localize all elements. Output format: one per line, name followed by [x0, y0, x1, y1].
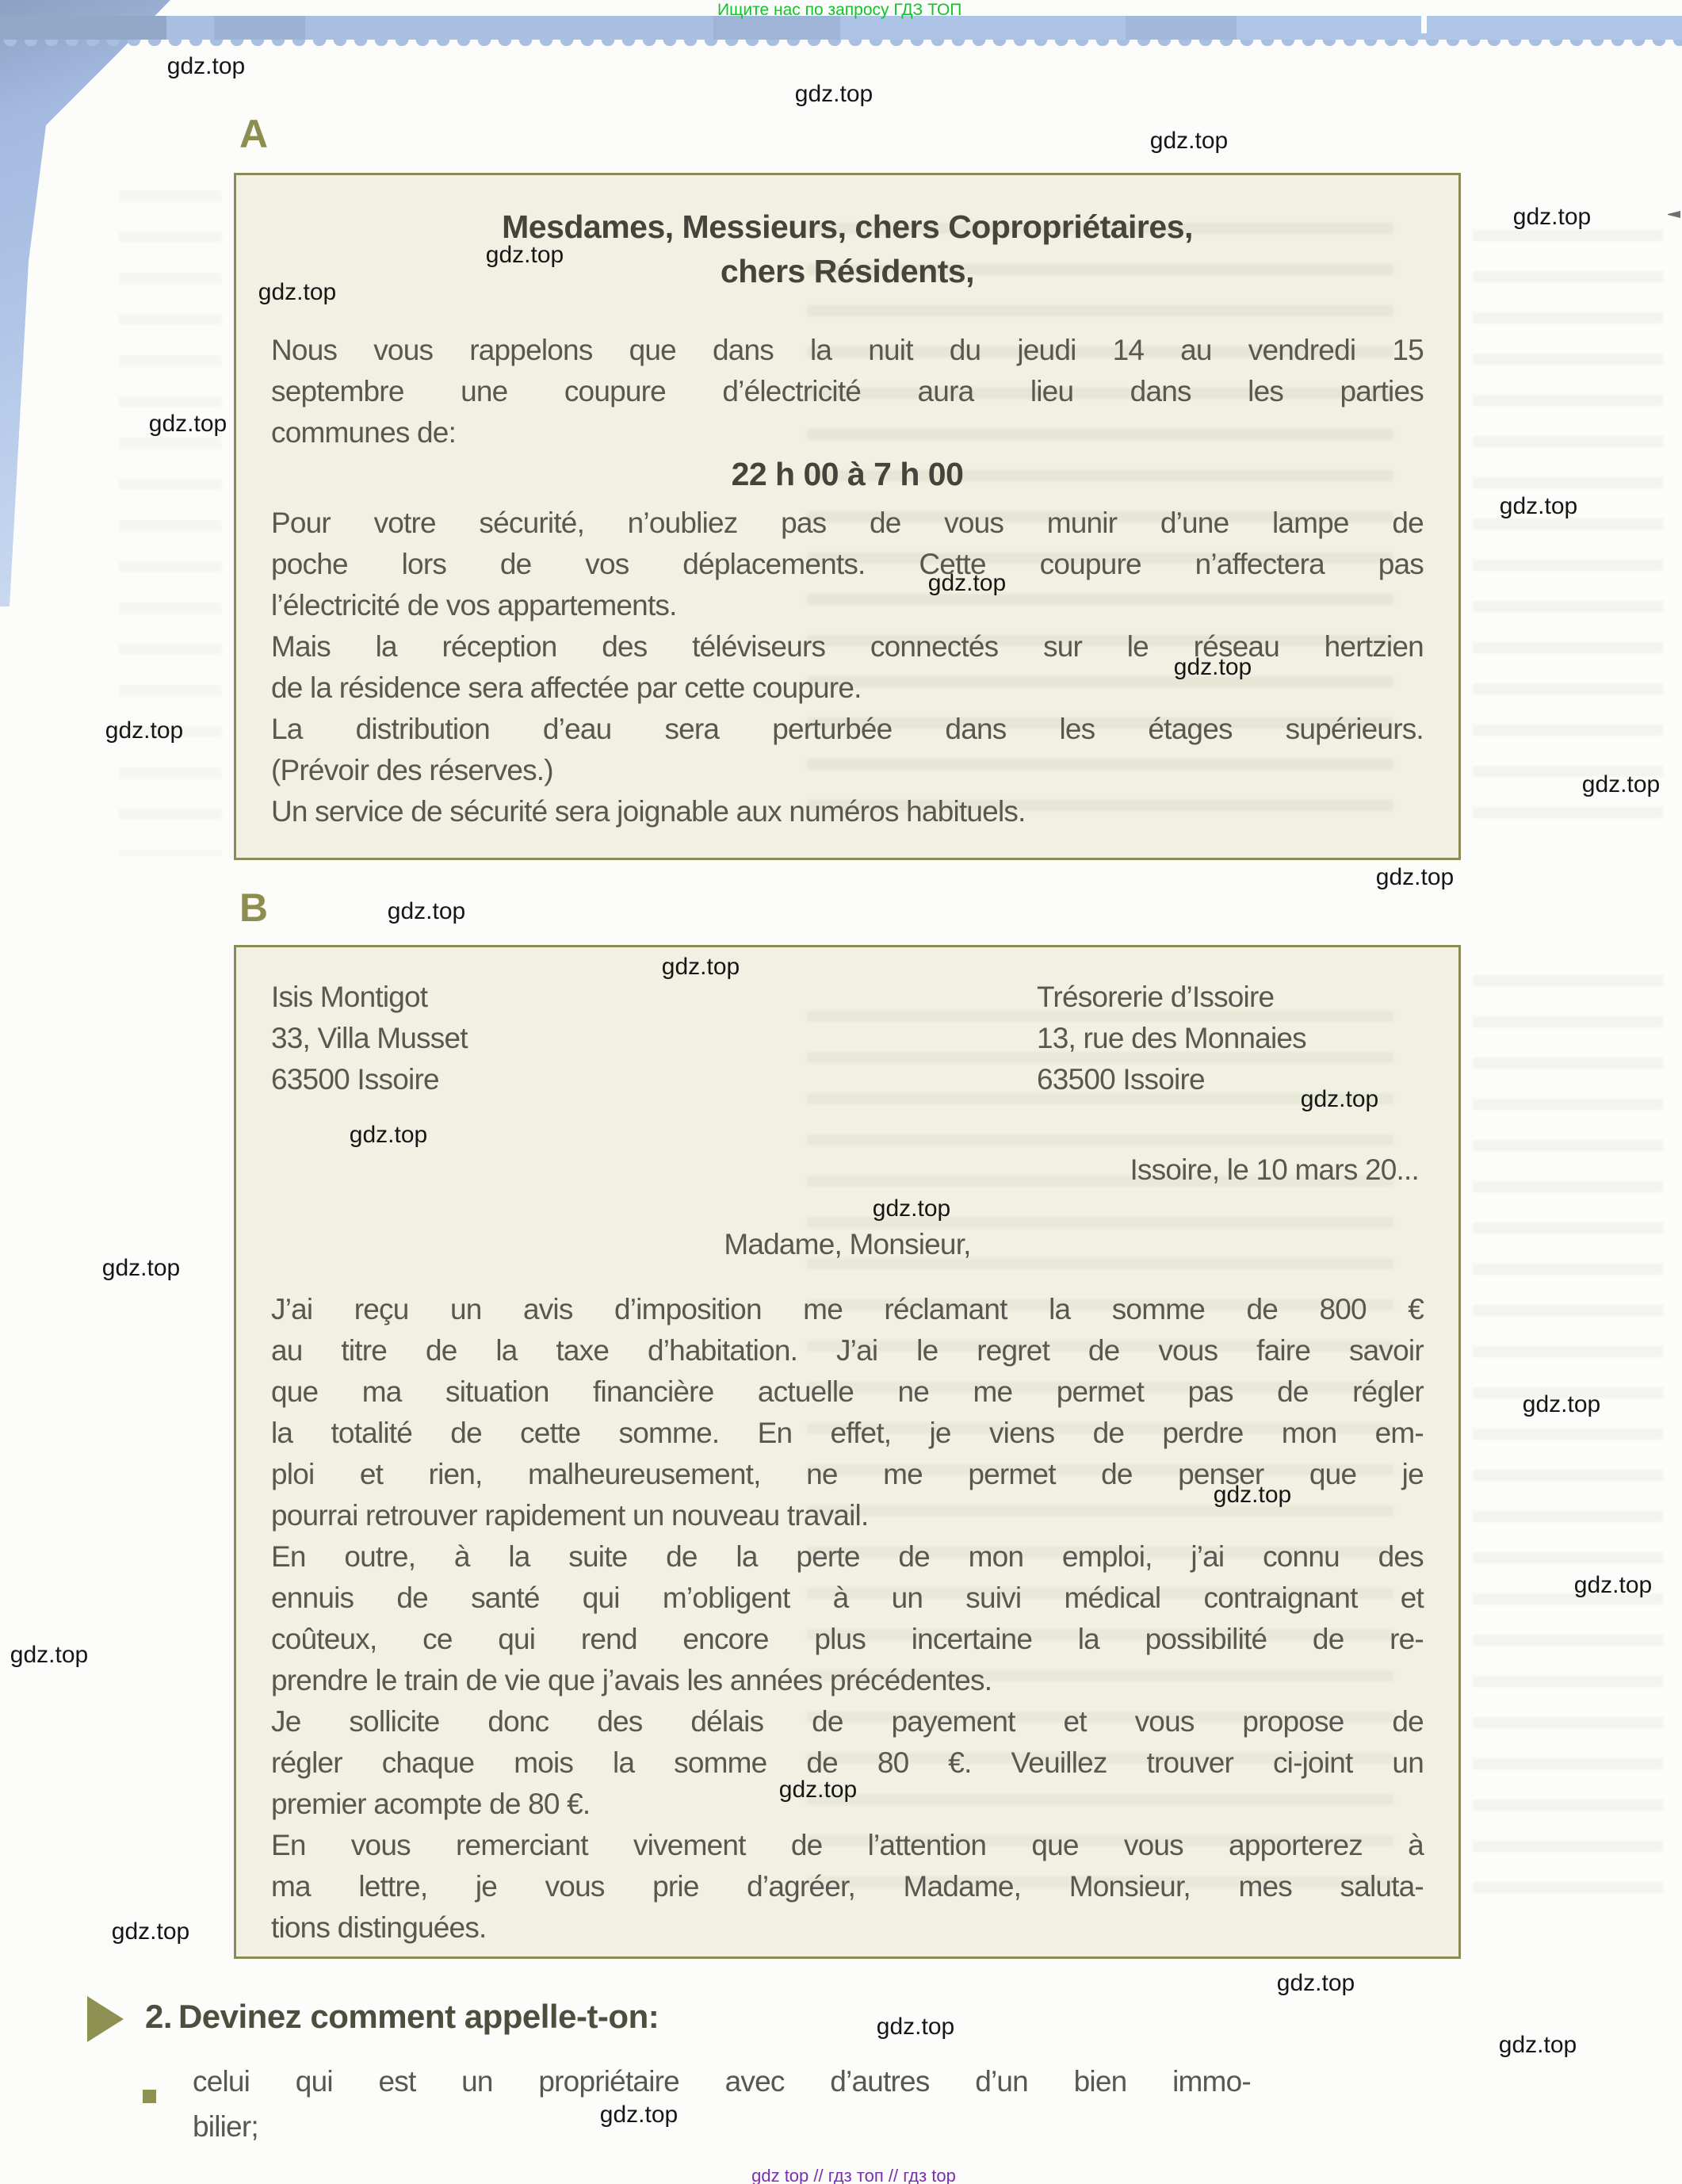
gdz-watermark: gdz.top: [795, 81, 873, 108]
exercise-arrow-icon: [87, 1996, 124, 2042]
gdz-watermark: gdz.top: [102, 1255, 180, 1282]
letter-b-line: Envousremerciantvivementdel’attentionque…: [271, 1825, 1424, 1866]
gdz-watermark: gdz.top: [928, 570, 1006, 597]
gdz-watermark: gdz.top: [1523, 1391, 1600, 1418]
letter-b-addresses: Isis Montigot33, Villa Musset63500 Issoi…: [271, 977, 1424, 1100]
recipient-address: Trésorerie d’Issoire13, rue des Monnaies…: [1037, 977, 1424, 1100]
gdz-watermark: gdz.top: [1499, 2032, 1577, 2059]
gdz-watermark: gdz.top: [1582, 771, 1660, 798]
sender-address-line: 33, Villa Musset: [271, 1018, 468, 1059]
letter-a-label: A: [239, 111, 268, 157]
letter-a-line: communes de:: [271, 412, 1424, 453]
print-bleed-right-a: [1473, 230, 1663, 848]
print-bleed-left: [119, 190, 222, 856]
gdz-watermark: gdz.top: [873, 1195, 950, 1222]
gdz-watermark: gdz.top: [662, 954, 740, 981]
gdz-watermark: gdz.top: [779, 1777, 857, 1803]
exercise-bullet-square: [143, 2090, 156, 2103]
letter-b-line: autitredelataxed’habitation.J’aileregret…: [271, 1330, 1424, 1371]
letter-a-line: Mesdames, Messieurs, chers Copropriétair…: [271, 205, 1424, 249]
gdz-watermark: gdz.top: [149, 411, 227, 438]
exercise-title-text: Devinez comment appelle-t-on:: [178, 1998, 659, 2035]
gdz-watermark: gdz.top: [1277, 1970, 1355, 1997]
letter-a-line: Ladistributiond’eauseraperturbéedanslesé…: [271, 709, 1424, 750]
exercise-title: 2. Devinez comment appelle-t-on:: [145, 1996, 659, 2037]
gdz-watermark: gdz.top: [350, 1122, 427, 1149]
letter-b-label: B: [239, 885, 268, 931]
footer-watermark: gdz top // гдз топ // гдз top: [751, 2166, 956, 2184]
letter-b-box: Isis Montigot33, Villa Musset63500 Issoi…: [234, 945, 1461, 1959]
recipient-address-line: 13, rue des Monnaies: [1037, 1018, 1424, 1059]
gdz-watermark: gdz.top: [1174, 654, 1252, 681]
gdz-watermark: gdz.top: [1574, 1572, 1652, 1599]
gdz-watermark: gdz.top: [600, 2102, 678, 2129]
letter-a-line: pochelorsdevosdéplacements.Cettecoupuren…: [271, 544, 1424, 585]
letter-b-line: Enoutre,àlasuitedelapertedemonemploi,j’a…: [271, 1536, 1424, 1578]
sender-address-line: 63500 Issoire: [271, 1059, 468, 1100]
letter-b-line: quemasituationfinancièreactuellenemeperm…: [271, 1371, 1424, 1413]
gdz-watermark: gdz.top: [388, 898, 465, 925]
gdz-watermark: gdz.top: [1376, 864, 1454, 891]
letter-b-line: coûteux,cequirendencoreplusincertainelap…: [271, 1619, 1424, 1660]
gdz-watermark: gdz.top: [105, 717, 183, 744]
letter-b-line: malettre,jevouspried’agréer,Madame,Monsi…: [271, 1866, 1424, 1907]
sender-address: Isis Montigot33, Villa Musset63500 Issoi…: [271, 977, 468, 1100]
banner-notch: [1421, 14, 1427, 33]
gdz-watermark: gdz.top: [1214, 1482, 1291, 1509]
letter-a-line: Pourvotresécurité,n’oubliezpasdevousmuni…: [271, 503, 1424, 544]
letter-a-line: Un service de sécurité sera joignable au…: [271, 791, 1424, 832]
letter-b-line: ennuisdesantéquim’obligentàunsuivimédica…: [271, 1578, 1424, 1619]
gdz-watermark: gdz.top: [1150, 128, 1228, 155]
gdz-watermark: gdz.top: [258, 279, 336, 306]
letter-a-line: chers Résidents,: [271, 249, 1424, 293]
gdz-watermark: gdz.top: [1500, 493, 1577, 520]
gdz-watermark: gdz.top: [1301, 1086, 1378, 1113]
gdz-watermark: gdz.top: [167, 53, 245, 80]
letter-b-line: latotalitédecettesomme.Eneffet,jeviensde…: [271, 1413, 1424, 1454]
gdz-watermark: gdz.top: [486, 242, 564, 269]
letter-a-line: 22 h 00 à 7 h 00: [271, 453, 1424, 495]
letter-b-paragraphs: J’aireçuunavisd’impositionmeréclamantlas…: [271, 1289, 1424, 1949]
sender-address-line: Isis Montigot: [271, 977, 468, 1018]
letter-a-line: Nousvousrappelonsquedanslanuitdujeudi14a…: [271, 330, 1424, 371]
letter-a-box: Mesdames, Messieurs, chers Copropriétair…: [234, 173, 1461, 860]
gdz-watermark: gdz.top: [112, 1918, 189, 1945]
letter-b-line: J’aireçuunavisd’impositionmeréclamantlas…: [271, 1289, 1424, 1330]
letter-a-body: Mesdames, Messieurs, chers Copropriétair…: [236, 205, 1458, 832]
letter-b-line: tions distinguées.: [271, 1907, 1424, 1949]
gdz-watermark: gdz.top: [10, 1642, 88, 1669]
recipient-address-line: Trésorerie d’Issoire: [1037, 977, 1424, 1018]
letter-a-line: (Prévoir des réserves.): [271, 750, 1424, 791]
letter-salutation: Madame, Monsieur,: [271, 1224, 1424, 1265]
letter-b-line: prendre le train de vie que j’avais les …: [271, 1660, 1424, 1701]
gdz-watermark: gdz.top: [1513, 204, 1591, 231]
letter-b-line: Jesollicitedoncdesdélaisdepayementetvous…: [271, 1701, 1424, 1742]
scanned-textbook-page: Ищите нас по запросу ГДЗ ТОП A Mesdames,…: [0, 0, 1682, 2184]
scan-artifact: [1668, 211, 1680, 218]
site-search-note: Ищите нас по запросу ГДЗ ТОП: [717, 0, 961, 20]
letter-a-line: septembreunecoupured’électricitéauralieu…: [271, 371, 1424, 412]
letter-a-line: l’électricité de vos appartements.: [271, 585, 1424, 626]
print-bleed-right-b: [1473, 975, 1663, 1911]
exercise-item-line: bilier;: [193, 2104, 1251, 2149]
gdz-watermark: gdz.top: [877, 2014, 954, 2041]
exercise-item: celuiquiestunpropriétaireavecd’autresd’u…: [193, 2059, 1251, 2149]
letter-date: Issoire, le 10 mars 20...: [271, 1149, 1424, 1191]
scan-background-corner: [0, 0, 170, 606]
exercise-item-line: celuiquiestunpropriétaireavecd’autresd’u…: [193, 2059, 1251, 2104]
exercise-number: 2.: [145, 1998, 172, 2035]
